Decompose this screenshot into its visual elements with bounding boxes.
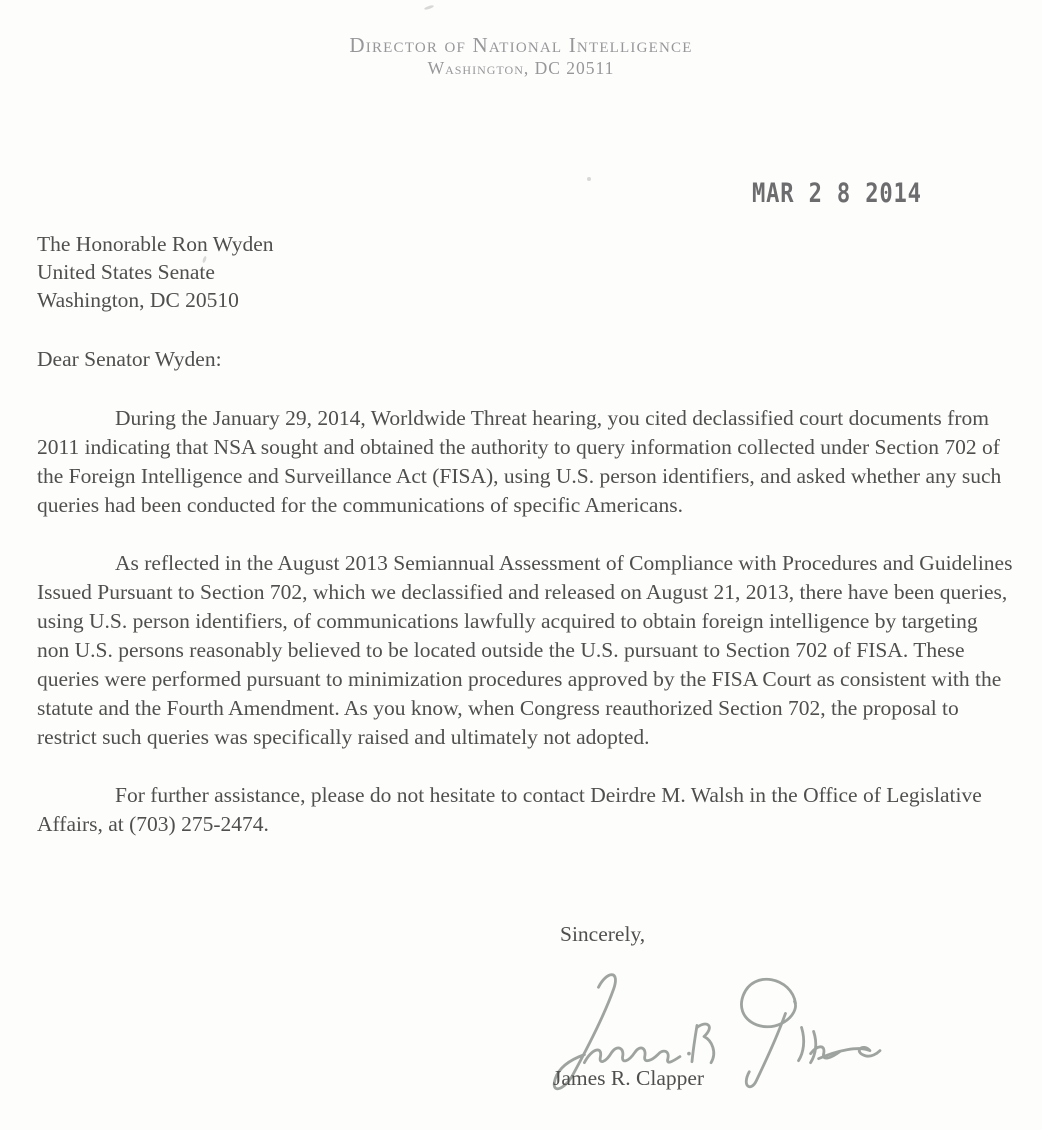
recipient-name: The Honorable Ron Wyden bbox=[37, 230, 274, 258]
body-paragraph-1: During the January 29, 2014, Worldwide T… bbox=[37, 404, 1015, 520]
valediction: Sincerely, bbox=[560, 922, 645, 947]
letterhead: Director of National Intelligence Washin… bbox=[0, 33, 1042, 79]
letterhead-address: Washington, DC 20511 bbox=[0, 57, 1042, 79]
scan-artifact bbox=[424, 5, 434, 11]
signatory-typed-name: James R. Clapper bbox=[553, 1066, 704, 1091]
letter-body: During the January 29, 2014, Worldwide T… bbox=[37, 404, 1015, 868]
salutation: Dear Senator Wyden: bbox=[37, 347, 222, 372]
body-paragraph-2: As reflected in the August 2013 Semiannu… bbox=[37, 549, 1015, 752]
letter-page: Director of National Intelligence Washin… bbox=[0, 0, 1042, 1130]
recipient-address-block: The Honorable Ron Wyden United States Se… bbox=[37, 230, 274, 314]
body-paragraph-3: For further assistance, please do not he… bbox=[37, 781, 1015, 839]
letterhead-organization: Director of National Intelligence bbox=[0, 33, 1042, 57]
scan-artifact bbox=[587, 177, 591, 181]
recipient-city-zip: Washington, DC 20510 bbox=[37, 286, 274, 314]
received-date-stamp: MAR 2 8 2014 bbox=[752, 178, 922, 209]
recipient-organization: United States Senate bbox=[37, 258, 274, 286]
